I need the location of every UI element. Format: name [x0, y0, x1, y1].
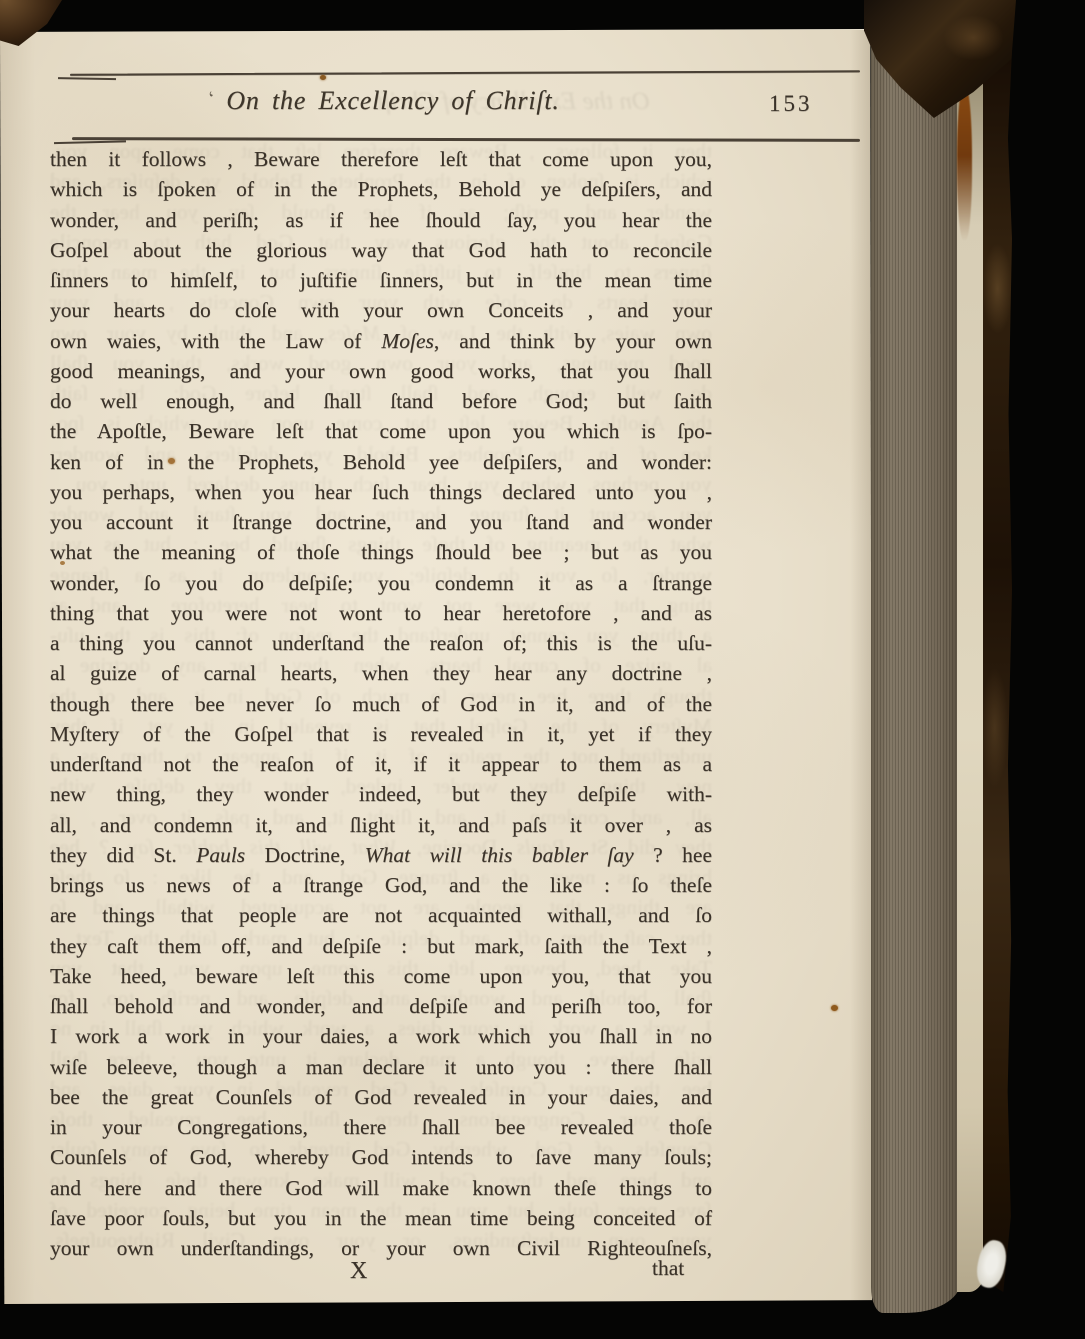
body-text-segment: , and think by your own: [434, 329, 712, 353]
body-text-line: Myſtery of the Goſpel that is revealed i…: [50, 719, 712, 749]
body-text-line: ken of in the Prophets, Behold yee deſpi…: [50, 447, 712, 477]
body-text-line: I work a work in your daies, a work whic…: [50, 1021, 712, 1051]
body-text-segment: ken of in the Prophets, Behold yee deſpi…: [50, 450, 712, 474]
book-page: On the Excellency of Chriſt. ‘On the Exc…: [0, 29, 872, 1304]
body-text-segment: wonder, ſo you do deſpiſe; you condemn i…: [50, 571, 712, 595]
body-text-segment: good meanings, and your own good works, …: [50, 359, 712, 383]
page-header: ‘On the Excellency of Chriſt.: [213, 86, 560, 124]
body-text-segment: ſave poor ſouls, but you in the mean tim…: [50, 1206, 712, 1230]
cover-leather-edge: [983, 38, 1012, 1292]
body-text-segment: they did St.: [50, 843, 196, 867]
body-text-line: bee the great Counſels of God revealed i…: [50, 1082, 712, 1112]
body-text-segment: do well enough, and ſhall ſtand before G…: [50, 389, 712, 413]
foxing-spot: [60, 561, 65, 565]
fore-edge-page-stack: [871, 27, 960, 1313]
body-text-line: you perhaps, when you hear ſuch things d…: [50, 477, 712, 507]
body-text-line: wiſe beleeve, though a man declare it un…: [50, 1052, 712, 1082]
running-title: On the Excellency of Chriſt.: [226, 86, 559, 115]
body-text-italic-segment: Pauls: [196, 843, 245, 867]
body-text-segment: I work a work in your daies, a work whic…: [50, 1024, 712, 1048]
body-text-line: do well enough, and ſhall ſtand before G…: [50, 386, 712, 416]
body-text-segment: wiſe beleeve, though a man declare it un…: [50, 1055, 712, 1079]
body-text-line: Goſpel about the glorious way that God h…: [50, 235, 712, 265]
page-number: 153: [769, 91, 813, 117]
body-text-line: thing that you were not wont to hear her…: [50, 598, 712, 628]
body-text-segment: Counſels of God, whereby God intends to …: [50, 1145, 712, 1169]
signature-mark: X: [350, 1258, 367, 1285]
body-text-segment: your hearts do cloſe with your own Conce…: [50, 298, 712, 322]
body-text-segment: you account it ſtrange doctrine, and you…: [50, 510, 712, 534]
body-text-line: and here and there God will make known t…: [50, 1173, 712, 1203]
signature-line: X that: [50, 1256, 712, 1288]
body-text-line: all, and condemn it, and ſlight it, and …: [50, 810, 712, 840]
body-text-line: a thing you cannot underſtand the reaſon…: [50, 628, 712, 658]
body-text-segment: in your Congregations, there ſhall bee r…: [50, 1115, 712, 1139]
foxing-spot: [831, 1005, 838, 1011]
foxing-spot: [168, 458, 175, 464]
body-text-line: then it follows , Beware therefore leſt …: [50, 144, 712, 174]
body-text-segment: are things that people are not acquainte…: [50, 903, 712, 927]
body-text-segment: you perhaps, when you hear ſuch things d…: [50, 480, 712, 504]
foxing-spot: [320, 75, 326, 80]
body-text-segment: then it follows , Beware therefore leſt …: [50, 147, 712, 171]
body-text-italic-segment: What will this babler ſay: [365, 843, 634, 867]
body-text: then it follows , Beware therefore leſt …: [50, 144, 712, 1263]
body-text-segment: though there bee never ſo much of God in…: [50, 692, 712, 716]
catchword: that: [652, 1256, 684, 1281]
body-text-line: you account it ſtrange doctrine, and you…: [50, 507, 712, 537]
body-text-segment: brings us news of a ſtrange God, and the…: [50, 873, 712, 897]
body-text-segment: ſinners to himſelf, to juſtifie ſinners,…: [50, 268, 712, 292]
body-text-segment: ſhall behold and wonder, and deſpiſe and…: [50, 994, 712, 1018]
body-text-italic-segment: Moſes: [381, 329, 434, 353]
body-text-line: new thing, they wonder indeed, but they …: [50, 779, 712, 809]
body-text-line: brings us news of a ſtrange God, and the…: [50, 870, 712, 900]
body-text-line: they did St. Pauls Doctrine, What will t…: [50, 840, 712, 870]
body-text-line: which is ſpoken of in the Prophets, Beho…: [50, 174, 712, 204]
body-text-segment: Doctrine,: [245, 843, 365, 867]
body-text-line: what the meaning of thoſe things ſhould …: [50, 537, 712, 567]
body-text-line: though there bee never ſo much of God in…: [50, 689, 712, 719]
foxing-spot: [581, 1325, 586, 1330]
body-text-line: ſave poor ſouls, but you in the mean tim…: [50, 1203, 712, 1233]
body-text-segment: new thing, they wonder indeed, but they …: [50, 782, 712, 806]
body-text-segment: they caſt them off, and deſpiſe : but ma…: [50, 934, 712, 958]
body-text-segment: all, and condemn it, and ſlight it, and …: [50, 813, 712, 837]
body-text-segment: wonder, and periſh; as if hee ſhould ſay…: [50, 208, 712, 232]
photograph-background: On the Excellency of Chriſt. ‘On the Exc…: [0, 0, 1085, 1339]
body-text-segment: thing that you were not wont to hear her…: [50, 601, 712, 625]
body-text-line: they caſt them off, and deſpiſe : but ma…: [50, 931, 712, 961]
body-text-segment: what the meaning of thoſe things ſhould …: [50, 540, 712, 564]
body-text-line: are things that people are not acquainte…: [50, 900, 712, 930]
body-text-segment: Take heed, beware leſt this come upon yo…: [50, 964, 712, 988]
body-text-segment: own waies, with the Law of: [50, 329, 381, 353]
body-text-segment: which is ſpoken of in the Prophets, Beho…: [50, 177, 712, 201]
body-text-line: wonder, and periſh; as if hee ſhould ſay…: [50, 205, 712, 235]
body-text-line: Counſels of God, whereby God intends to …: [50, 1142, 712, 1172]
body-text-segment: Myſtery of the Goſpel that is revealed i…: [50, 722, 712, 746]
body-text-line: own waies, with the Law of Moſes, and th…: [50, 326, 712, 356]
body-text-line: the Apoſtle, Beware leſt that come upon …: [50, 416, 712, 446]
body-text-line: good meanings, and your own good works, …: [50, 356, 712, 386]
body-text-line: your hearts do cloſe with your own Conce…: [50, 295, 712, 325]
body-text-line: al guize of carnal hearts, when they hea…: [50, 658, 712, 688]
body-text-line: ſhall behold and wonder, and deſpiſe and…: [50, 991, 712, 1021]
body-text-line: underſtand not the reaſon of it, if it a…: [50, 749, 712, 779]
body-text-segment: a thing you cannot underſtand the reaſon…: [50, 631, 712, 655]
body-text-segment: al guize of carnal hearts, when they hea…: [50, 661, 712, 685]
rust-stain: [957, 86, 972, 241]
body-text-segment: Goſpel about the glorious way that God h…: [50, 238, 712, 262]
body-text-line: wonder, ſo you do deſpiſe; you condemn i…: [50, 568, 712, 598]
header-rule-top: [70, 70, 860, 75]
body-text-segment: bee the great Counſels of God revealed i…: [50, 1085, 712, 1109]
body-text-line: in your Congregations, there ſhall bee r…: [50, 1112, 712, 1142]
body-text-line: Take heed, beware leſt this come upon yo…: [50, 961, 712, 991]
body-text-segment: the Apoſtle, Beware leſt that come upon …: [50, 419, 712, 443]
body-text-line: ſinners to himſelf, to juſtifie ſinners,…: [50, 265, 712, 295]
body-text-segment: ? hee: [634, 843, 712, 867]
body-text-segment: and here and there God will make known t…: [50, 1176, 712, 1200]
body-text-segment: underſtand not the reaſon of it, if it a…: [50, 752, 712, 776]
